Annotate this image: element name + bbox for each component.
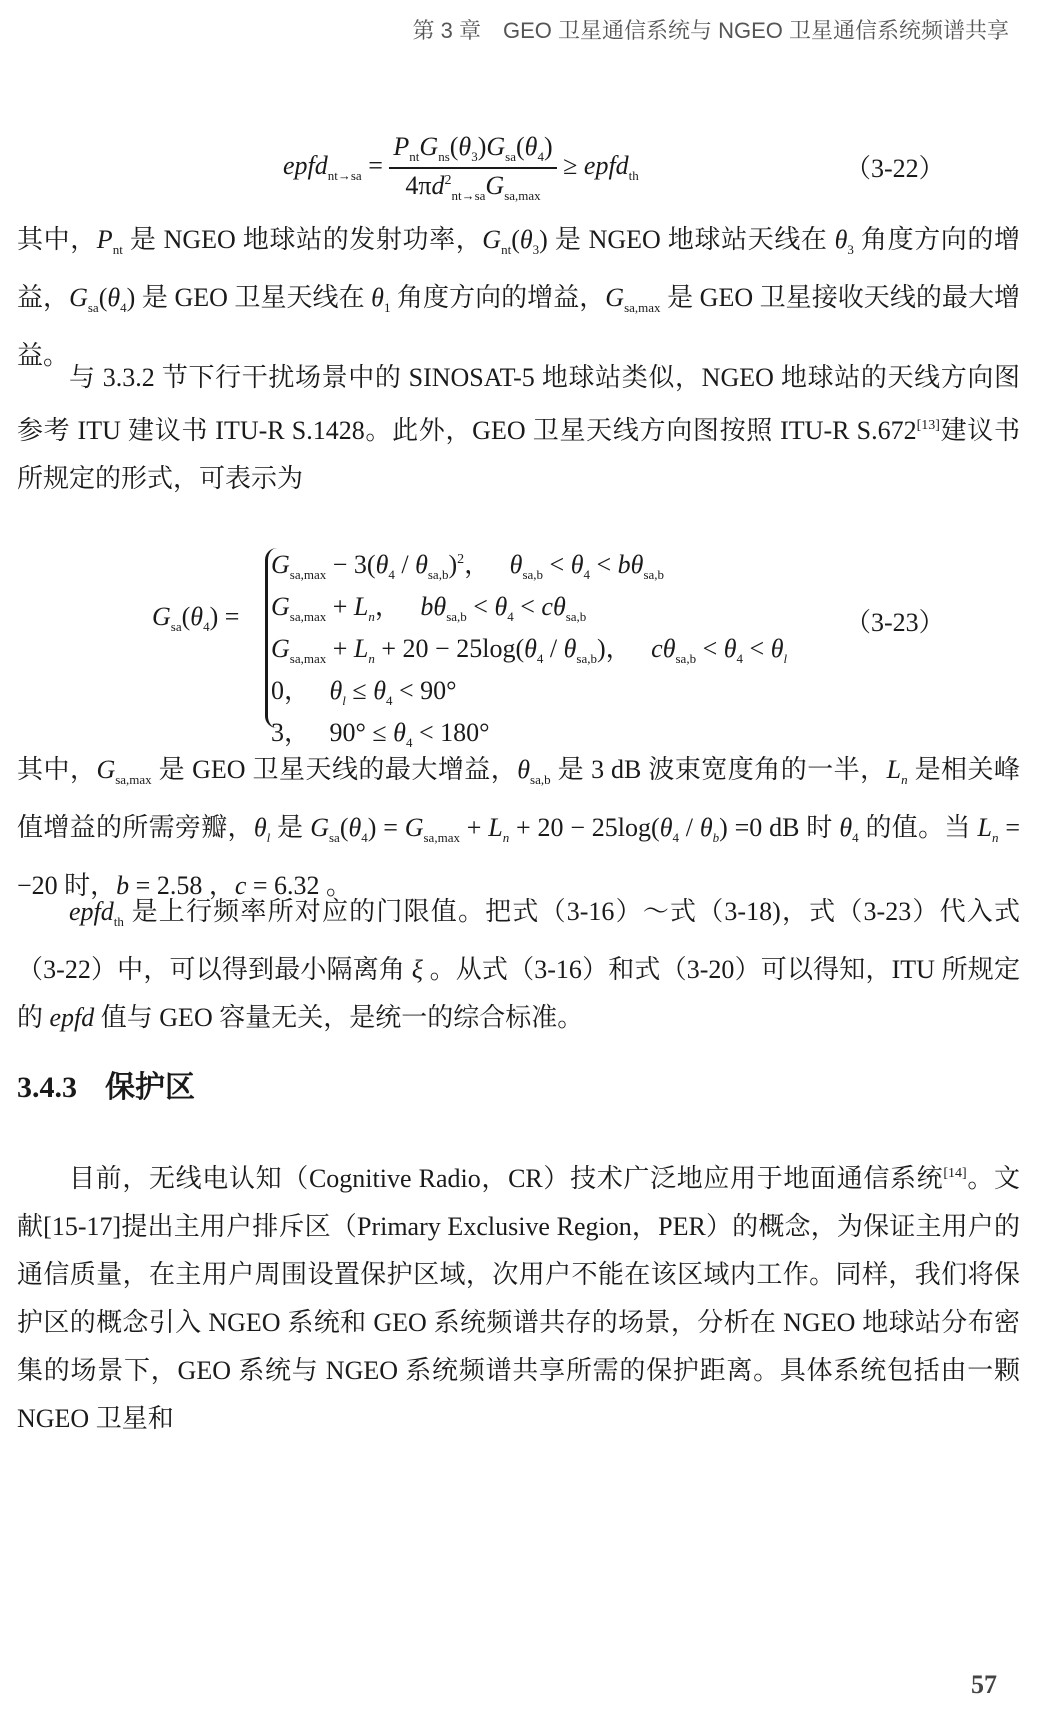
case-row: Gsa,max + Ln + 20 − 25log(θ4 / θsa,b)， c… xyxy=(271,628,787,667)
equation-3-22: epfdnt→sa = PntGns(θ3)Gsa(θ4) 4πd2nt→saG… xyxy=(283,132,639,204)
page-number: 57 xyxy=(971,1670,997,1700)
equation-3-23-lhs: Gsa(θ4) = xyxy=(152,602,239,635)
equation-number: （3-23） xyxy=(845,602,945,639)
case-row: Gsa,max + Ln， bθsa,b < θ4 < cθsa,b xyxy=(271,586,586,625)
citation-13: [13] xyxy=(917,418,940,433)
equation-number: （3-22） xyxy=(845,148,945,185)
case-row: Gsa,max − 3(θ4 / θsa,b)2， θsa,b < θ4 < b… xyxy=(271,544,664,583)
running-head: 第 3 章 GEO 卫星通信系统与 NGEO 卫星通信系统频谱共享 xyxy=(413,14,1009,45)
citation-14: [14] xyxy=(943,1166,966,1181)
paragraph-3: 其中，Gsa,max 是 GEO 卫星天线的最大增益，θsa,b 是 3 dB … xyxy=(17,746,1020,910)
eq-fraction: PntGns(θ3)Gsa(θ4) 4πd2nt→saGsa,max xyxy=(389,132,556,204)
paragraph-4: epfdth 是上行频率所对应的门限值。把式（3-16）～式（3-18)，式（3… xyxy=(17,888,1020,1042)
paragraph-2: 与 3.3.2 节下行干扰场景中的 SINOSAT-5 地球站类似，NGEO 地… xyxy=(17,354,1020,503)
eq-lhs: epfdnt→sa xyxy=(283,151,362,180)
section-heading: 3.4.3保护区 xyxy=(17,1062,195,1106)
paragraph-5: 目前，无线电认知（Cognitive Radio，CR）技术广泛地应用于地面通信… xyxy=(17,1150,1020,1443)
case-row: 0， θl ≤ θ4 < 90° xyxy=(271,670,457,709)
